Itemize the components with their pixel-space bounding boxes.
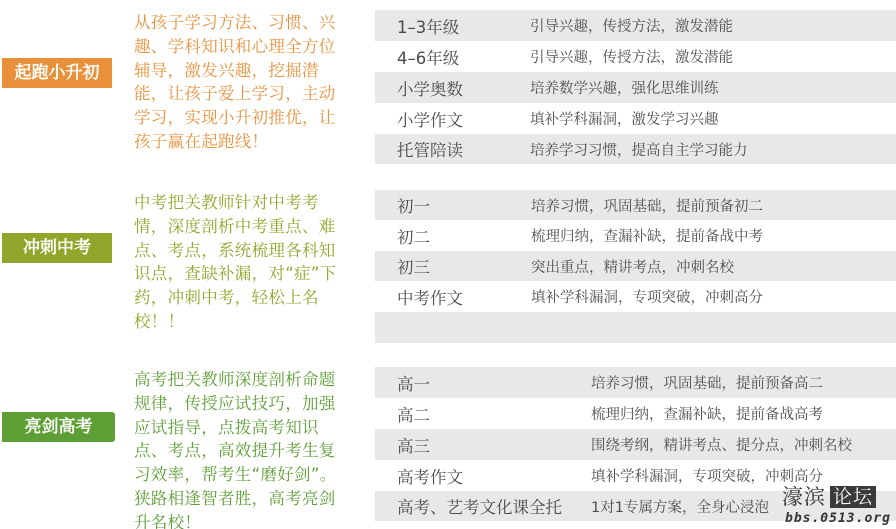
watermark-left-text: 濠滨: [782, 486, 826, 508]
course-name: 高考作文: [397, 464, 463, 488]
course-name: 初二: [397, 224, 430, 248]
course-table-middle: 初一 培养习惯，巩固基础，提前预备初二 初二 梳理归纳，查漏补缺，提前备战中考 …: [375, 190, 896, 343]
table-row: 初一 培养习惯，巩固基础，提前预备初二: [375, 190, 896, 220]
course-desc: 1对1专属方案，全身心浸泡: [591, 496, 769, 517]
watermark-logo: 濠滨 论坛: [782, 486, 876, 508]
section-description-middle: 中考把关教师针对中考考情，深度剖析中考重点、难点、考点，系统梳理各科知识点，查缺…: [134, 191, 346, 334]
course-name: 高三: [397, 433, 430, 457]
course-desc: 培养习惯，巩固基础，提前预备初二: [531, 195, 763, 216]
table-row: 托管陪读 培养学习习惯，提高自主学习能力: [375, 134, 896, 164]
course-name: 初一: [397, 193, 430, 217]
course-desc: 培养数学兴趣，强化思维训练: [530, 77, 719, 98]
course-desc: 填补学科漏洞，激发学习兴趣: [530, 108, 719, 129]
course-name: 高考、艺考文化课全托: [397, 494, 562, 518]
table-row: 高二 梳理归纳，查漏补缺，提前备战高考: [375, 398, 896, 429]
section-tag-middle: 冲刺中考: [2, 233, 112, 263]
section-tag-primary: 起跑小升初: [2, 58, 112, 88]
table-row: 高一 培养习惯，巩固基础，提前预备高二: [375, 367, 896, 398]
course-desc: 围绕考纲，精讲考点、提分点，冲刺名校: [591, 434, 852, 455]
course-desc: 突出重点，精讲考点，冲刺名校: [531, 256, 734, 277]
table-row: 中考作文 填补学科漏洞，专项突破，冲刺高分: [375, 281, 896, 312]
section-description-college: 高考把关教师深度剖析命题规律，传授应试技巧，加强应试指导，点拨高考知识点、考点，…: [134, 368, 346, 529]
course-name: 高二: [397, 402, 430, 426]
watermark-url: bbs.0513.org: [785, 511, 891, 526]
course-name: 小学奥数: [397, 76, 463, 100]
course-desc: 培养习惯，巩固基础，提前预备高二: [591, 372, 823, 393]
section-tag-college: 亮剑高考: [2, 412, 115, 442]
table-row: 小学作文 填补学科漏洞，激发学习兴趣: [375, 103, 896, 134]
course-desc: 引导兴趣，传授方法，激发潜能: [530, 46, 733, 67]
watermark-right-text: 论坛: [830, 486, 876, 508]
course-desc: 梳理归纳，查漏补缺，提前备战中考: [531, 225, 763, 246]
course-desc: 引导兴趣，传授方法，激发潜能: [530, 15, 733, 36]
course-name: 中考作文: [397, 285, 463, 309]
course-name: 初三: [397, 254, 430, 278]
course-name: 4–6年级: [397, 45, 459, 69]
table-row: 1–3年级 引导兴趣，传授方法，激发潜能: [375, 10, 896, 41]
course-name: 托管陪读: [397, 137, 463, 161]
table-row: 初三 突出重点，精讲考点，冲刺名校: [375, 251, 896, 281]
table-row: 初二 梳理归纳，查漏补缺，提前备战中考: [375, 220, 896, 251]
section-description-primary: 从孩子学习方法、习惯、兴趣、学科知识和心理全方位辅导，激发兴趣，挖掘潜能，让孩子…: [134, 11, 346, 154]
course-table-primary: 1–3年级 引导兴趣，传授方法，激发潜能 4–6年级 引导兴趣，传授方法，激发潜…: [375, 10, 896, 164]
course-name: 高一: [397, 371, 430, 395]
course-desc: 梳理归纳，查漏补缺，提前备战高考: [591, 403, 823, 424]
table-row: 4–6年级 引导兴趣，传授方法，激发潜能: [375, 41, 896, 72]
course-desc: 填补学科漏洞，专项突破，冲刺高分: [591, 465, 823, 486]
table-row-empty: [375, 312, 896, 343]
course-desc: 填补学科漏洞，专项突破，冲刺高分: [531, 286, 763, 307]
course-name: 1–3年级: [397, 14, 459, 38]
course-name: 小学作文: [397, 107, 463, 131]
course-desc: 培养学习习惯，提高自主学习能力: [530, 139, 748, 160]
table-row: 高三 围绕考纲，精讲考点、提分点，冲刺名校: [375, 429, 896, 460]
forum-watermark: 濠滨 论坛 bbs.0513.org: [782, 486, 894, 528]
table-row: 小学奥数 培养数学兴趣，强化思维训练: [375, 72, 896, 103]
